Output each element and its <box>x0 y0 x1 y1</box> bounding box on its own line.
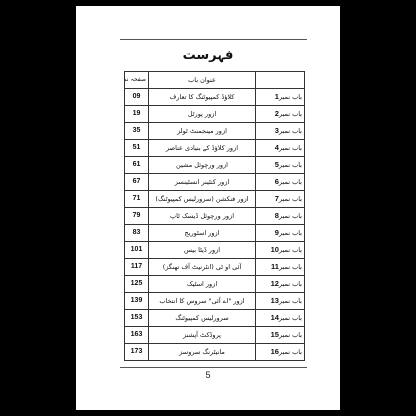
chapter-number: 10 <box>271 245 279 254</box>
table-row: 35ازور مینجمنٹ ٹولزباب نمبر3 <box>125 123 305 140</box>
row-page-number: 163 <box>125 327 149 344</box>
row-chapter-label: باب نمبر16 <box>256 344 305 361</box>
row-page-number: 153 <box>125 310 149 327</box>
row-chapter-title: ازور اسٹوریج <box>149 225 256 242</box>
row-chapter-title: سرورلیس کمپیوٹنگ <box>149 310 256 327</box>
header-title: عنوان باب <box>149 72 256 89</box>
row-chapter-label: باب نمبر4 <box>256 140 305 157</box>
row-page-number: 139 <box>125 293 149 310</box>
table-row: 19ازور پورٹلباب نمبر2 <box>125 106 305 123</box>
chapter-number: 13 <box>271 296 279 305</box>
chapter-label-text: باب نمبر <box>279 93 302 101</box>
chapter-label-text: باب نمبر <box>279 110 302 118</box>
row-page-number: 71 <box>125 191 149 208</box>
row-page-number: 173 <box>125 344 149 361</box>
row-chapter-label: باب نمبر1 <box>256 89 305 106</box>
row-chapter-label: باب نمبر9 <box>256 225 305 242</box>
row-page-number: 101 <box>125 242 149 259</box>
row-chapter-title: آئی او ٹی (انٹرنیٹ آف تھنگز) <box>149 259 256 276</box>
table-row: 117آئی او ٹی (انٹرنیٹ آف تھنگز)باب نمبر1… <box>125 259 305 276</box>
chapter-number: 15 <box>271 330 279 339</box>
row-chapter-label: باب نمبر5 <box>256 157 305 174</box>
row-chapter-label: باب نمبر7 <box>256 191 305 208</box>
table-header-row: صفحہ نمبر عنوان باب <box>125 72 305 89</box>
row-chapter-title: ازور ورچوئل مشین <box>149 157 256 174</box>
row-chapter-label: باب نمبر14 <box>256 310 305 327</box>
chapter-label-text: باب نمبر <box>279 280 302 288</box>
table-row: 163پروڈکٹ آپشنزباب نمبر15 <box>125 327 305 344</box>
table-row: 61ازور ورچوئل مشینباب نمبر5 <box>125 157 305 174</box>
row-chapter-label: باب نمبر12 <box>256 276 305 293</box>
row-chapter-title: ازور مینجمنٹ ٹولز <box>149 123 256 140</box>
chapter-label-text: باب نمبر <box>279 314 302 322</box>
row-page-number: 61 <box>125 157 149 174</box>
row-chapter-label: باب نمبر15 <box>256 327 305 344</box>
row-chapter-title: ازور کنٹینر انسٹینسز <box>149 174 256 191</box>
chapter-label-text: باب نمبر <box>279 161 302 169</box>
row-chapter-label: باب نمبر10 <box>256 242 305 259</box>
chapter-label-text: باب نمبر <box>279 212 302 220</box>
row-page-number: 83 <box>125 225 149 242</box>
chapter-label-text: باب نمبر <box>279 348 302 356</box>
table-body: 09کلاؤڈ کمپیوٹنگ کا تعارفباب نمبر119ازور… <box>125 89 305 361</box>
row-chapter-title: ازور پورٹل <box>149 106 256 123</box>
chapter-label-text: باب نمبر <box>279 263 302 271</box>
table-row: 139ازور "اے آئی" سروس کا انتخابباب نمبر1… <box>125 293 305 310</box>
row-chapter-title: ازور کلاؤڈ کے بنیادی عناصر <box>149 140 256 157</box>
table-row: 83ازور اسٹوریجباب نمبر9 <box>125 225 305 242</box>
chapter-label-text: باب نمبر <box>279 178 302 186</box>
header-page: صفحہ نمبر <box>125 72 149 89</box>
header-chapter <box>256 72 305 89</box>
row-chapter-label: باب نمبر8 <box>256 208 305 225</box>
chapter-number: 16 <box>271 347 279 356</box>
row-chapter-title: ازور "اے آئی" سروس کا انتخاب <box>149 293 256 310</box>
row-chapter-label: باب نمبر11 <box>256 259 305 276</box>
row-chapter-title: مانیٹرنگ سروسز <box>149 344 256 361</box>
table-row: 09کلاؤڈ کمپیوٹنگ کا تعارفباب نمبر1 <box>125 89 305 106</box>
table-row: 153سرورلیس کمپیوٹنگباب نمبر14 <box>125 310 305 327</box>
row-chapter-title: ازور ورچوئل ڈیسک ٹاپ <box>149 208 256 225</box>
chapter-label-text: باب نمبر <box>279 229 302 237</box>
table-row: 51ازور کلاؤڈ کے بنیادی عناصرباب نمبر4 <box>125 140 305 157</box>
table-row: 79ازور ورچوئل ڈیسک ٹاپباب نمبر8 <box>125 208 305 225</box>
row-chapter-label: باب نمبر2 <box>256 106 305 123</box>
row-page-number: 09 <box>125 89 149 106</box>
document-page: فہرست صفحہ نمبر عنوان باب 09کلاؤڈ کمپیوٹ… <box>76 6 340 410</box>
chapter-number: 11 <box>271 262 279 271</box>
row-chapter-title: ازور فنکشن (سرورلیس کمپیوٹنگ) <box>149 191 256 208</box>
row-chapter-title: کلاؤڈ کمپیوٹنگ کا تعارف <box>149 89 256 106</box>
row-page-number: 125 <box>125 276 149 293</box>
chapter-number: 12 <box>271 279 279 288</box>
chapter-label-text: باب نمبر <box>279 127 302 135</box>
row-chapter-title: ازور ڈیٹا بیس <box>149 242 256 259</box>
page-title: فہرست <box>76 48 340 63</box>
chapter-label-text: باب نمبر <box>279 144 302 152</box>
row-chapter-title: پروڈکٹ آپشنز <box>149 327 256 344</box>
row-chapter-label: باب نمبر3 <box>256 123 305 140</box>
table-row: 71ازور فنکشن (سرورلیس کمپیوٹنگ)باب نمبر7 <box>125 191 305 208</box>
chapter-label-text: باب نمبر <box>279 246 302 254</box>
bottom-rule <box>120 367 307 368</box>
table-row: 173مانیٹرنگ سروسزباب نمبر16 <box>125 344 305 361</box>
row-page-number: 67 <box>125 174 149 191</box>
row-page-number: 117 <box>125 259 149 276</box>
top-rule <box>120 39 307 40</box>
page-number: 5 <box>76 370 340 380</box>
row-page-number: 51 <box>125 140 149 157</box>
chapter-label-text: باب نمبر <box>279 297 302 305</box>
row-page-number: 19 <box>125 106 149 123</box>
table-row: 125ازور اسٹیکباب نمبر12 <box>125 276 305 293</box>
row-page-number: 35 <box>125 123 149 140</box>
row-chapter-label: باب نمبر6 <box>256 174 305 191</box>
chapter-label-text: باب نمبر <box>279 195 302 203</box>
row-chapter-label: باب نمبر13 <box>256 293 305 310</box>
chapter-label-text: باب نمبر <box>279 331 302 339</box>
table-row: 101ازور ڈیٹا بیسباب نمبر10 <box>125 242 305 259</box>
row-chapter-title: ازور اسٹیک <box>149 276 256 293</box>
chapter-number: 14 <box>271 313 279 322</box>
table-of-contents: صفحہ نمبر عنوان باب 09کلاؤڈ کمپیوٹنگ کا … <box>124 71 305 361</box>
row-page-number: 79 <box>125 208 149 225</box>
table-row: 67ازور کنٹینر انسٹینسزباب نمبر6 <box>125 174 305 191</box>
